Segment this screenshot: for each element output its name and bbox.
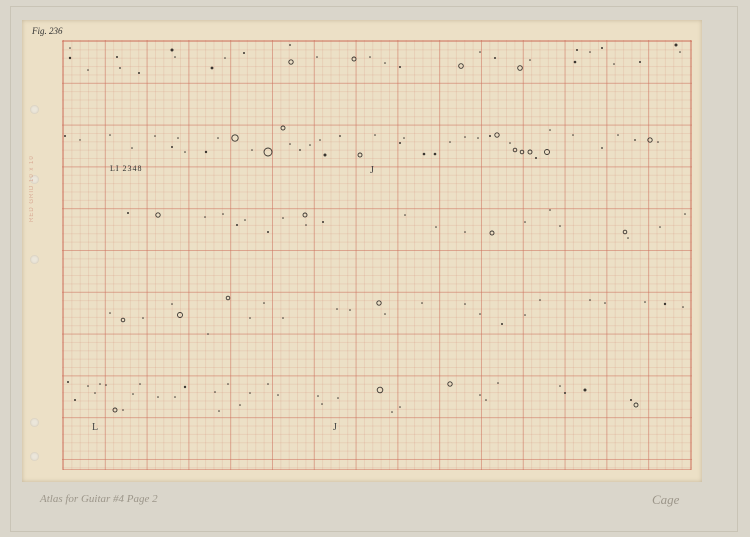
- notation-dot: [178, 313, 183, 318]
- star-dot-notation: [0, 0, 750, 537]
- notation-dot: [545, 150, 550, 155]
- notation-dot: [177, 137, 179, 139]
- notation-dot: [539, 299, 541, 301]
- notation-dot: [679, 51, 681, 53]
- notation-dot: [211, 67, 214, 70]
- notation-dot: [664, 303, 666, 305]
- notation-dot: [236, 224, 238, 226]
- marker-letter: J: [333, 422, 337, 433]
- notation-dot: [634, 403, 638, 407]
- notation-dot: [477, 137, 479, 139]
- notation-dot: [69, 47, 71, 49]
- notation-dot: [217, 137, 219, 139]
- frame-mat: RED GRID 10 x 10 Fig. 236 LI 2348 LJJ At…: [0, 0, 750, 537]
- notation-dot: [435, 226, 437, 228]
- notation-dot: [317, 395, 319, 397]
- notation-dot: [105, 384, 107, 386]
- notation-dot: [339, 135, 341, 137]
- notation-dot: [358, 153, 362, 157]
- notation-dot: [634, 139, 636, 141]
- notation-dot: [281, 126, 285, 130]
- notation-dot: [184, 386, 186, 388]
- notation-dot: [218, 410, 220, 412]
- notation-dot: [305, 224, 307, 226]
- marker-letter: J: [370, 165, 374, 176]
- notation-dot: [154, 135, 156, 137]
- notation-dot: [572, 134, 574, 136]
- notation-dot: [501, 323, 503, 325]
- notation-dot: [495, 133, 499, 137]
- notation-dot: [384, 313, 386, 315]
- notation-dot: [116, 56, 118, 58]
- artist-signature: Cage: [652, 492, 679, 508]
- notation-dot: [64, 135, 66, 137]
- notation-dot: [121, 318, 125, 322]
- notation-dot: [289, 60, 293, 64]
- notation-dot: [127, 212, 129, 214]
- notation-dot: [139, 383, 141, 385]
- notation-dot: [549, 129, 551, 131]
- notation-dot: [684, 213, 686, 215]
- notation-dot: [316, 56, 318, 58]
- notation-dot: [497, 382, 499, 384]
- notation-dot: [109, 134, 111, 136]
- notation-dot: [249, 392, 251, 394]
- notation-dot: [494, 57, 496, 59]
- notation-dot: [171, 49, 174, 52]
- notation-dot: [267, 383, 269, 385]
- notation-dot: [232, 135, 238, 141]
- notation-dot: [157, 396, 159, 398]
- notation-dot: [464, 303, 466, 305]
- notation-dot: [623, 230, 627, 234]
- notation-dot: [576, 49, 578, 51]
- notation-dot: [289, 44, 291, 46]
- notation-dot: [391, 411, 393, 413]
- pencil-caption: Atlas for Guitar #4 Page 2: [40, 493, 158, 505]
- notation-dot: [299, 149, 301, 151]
- notation-dot: [119, 67, 121, 69]
- notation-dot: [303, 213, 307, 217]
- notation-dot: [171, 303, 173, 305]
- notation-dot: [243, 52, 245, 54]
- notation-dot: [227, 383, 229, 385]
- notation-dot: [549, 209, 551, 211]
- notation-dot: [207, 333, 209, 335]
- notation-dot: [399, 66, 401, 68]
- notation-dot: [322, 221, 324, 223]
- notation-dot: [277, 394, 279, 396]
- notation-dot: [529, 59, 531, 61]
- notation-dot: [79, 139, 80, 140]
- notation-dot: [485, 399, 487, 401]
- notation-dot: [490, 231, 494, 235]
- notation-dot: [479, 51, 481, 53]
- notation-dot: [122, 409, 124, 411]
- notation-dot: [309, 144, 311, 146]
- notation-dot: [142, 317, 144, 319]
- notation-dot: [174, 56, 176, 58]
- notation-dot: [184, 151, 186, 153]
- notation-dot: [423, 153, 426, 156]
- notation-dot: [282, 317, 284, 319]
- notation-dot: [94, 392, 96, 394]
- notation-dot: [352, 57, 356, 61]
- notation-dot: [464, 136, 466, 138]
- notation-dot: [113, 408, 117, 412]
- notation-dot: [282, 217, 284, 219]
- notation-dot: [377, 387, 383, 393]
- notation-dot: [99, 383, 101, 385]
- notation-dot: [682, 306, 684, 308]
- notation-dot: [267, 231, 269, 233]
- notation-dot: [132, 393, 134, 395]
- notation-dot: [479, 313, 481, 315]
- notation-dot: [644, 301, 646, 303]
- notation-dot: [244, 219, 246, 221]
- notation-dot: [520, 150, 524, 154]
- notation-dot: [205, 151, 207, 153]
- notation-dot: [613, 63, 615, 65]
- notation-dot: [513, 148, 517, 152]
- notation-dot: [399, 142, 401, 144]
- notation-dot: [535, 157, 537, 159]
- notation-dot: [464, 231, 466, 233]
- notation-dot: [249, 317, 251, 319]
- notation-dot: [289, 143, 291, 145]
- notation-dot: [403, 137, 405, 139]
- notation-dot: [374, 134, 376, 136]
- notation-dot: [226, 296, 230, 300]
- notation-dot: [138, 72, 140, 74]
- notation-dot: [109, 312, 111, 314]
- notation-dot: [564, 392, 566, 394]
- notation-dot: [528, 150, 532, 154]
- notation-dot: [574, 61, 577, 64]
- notation-dot: [589, 51, 591, 53]
- notation-dot: [337, 397, 339, 399]
- notation-dot: [264, 148, 272, 156]
- notation-dot: [601, 47, 603, 49]
- notation-dot: [449, 141, 451, 143]
- notation-dot: [69, 57, 71, 59]
- notation-dot: [421, 302, 423, 304]
- notation-dot: [604, 302, 606, 304]
- notation-dot: [156, 213, 160, 217]
- notation-dot: [617, 134, 619, 136]
- notation-dot: [479, 394, 481, 396]
- notation-dot: [377, 301, 381, 305]
- notation-dot: [584, 389, 587, 392]
- notation-dot: [648, 138, 652, 142]
- notation-dot: [639, 61, 641, 63]
- notation-dot: [239, 404, 241, 406]
- notation-dot: [204, 216, 206, 218]
- notation-dot: [489, 135, 491, 137]
- notation-dot: [601, 147, 603, 149]
- notation-dot: [448, 382, 452, 386]
- notation-dot: [131, 147, 133, 149]
- notation-dot: [251, 149, 253, 151]
- notation-dot: [336, 308, 338, 310]
- notation-dot: [657, 141, 659, 143]
- notation-dot: [630, 399, 632, 401]
- notation-dot: [214, 391, 216, 393]
- notation-dot: [324, 154, 327, 157]
- notation-dot: [224, 57, 226, 59]
- notation-dot: [627, 237, 629, 239]
- notation-dot: [263, 302, 265, 304]
- notation-dot: [171, 146, 173, 148]
- notation-dot: [404, 214, 406, 216]
- notation-dot: [524, 221, 526, 223]
- notation-dot: [459, 64, 464, 69]
- notation-dot: [589, 299, 591, 301]
- notation-dot: [559, 385, 561, 387]
- notation-dot: [524, 314, 526, 316]
- notation-dot: [518, 66, 523, 71]
- notation-dot: [74, 399, 76, 401]
- notation-dot: [675, 44, 678, 47]
- notation-dot: [659, 226, 661, 228]
- notation-dot: [174, 396, 176, 398]
- notation-dot: [559, 225, 561, 227]
- notation-dot: [399, 406, 401, 408]
- notation-dot: [321, 403, 323, 405]
- notation-dot: [319, 139, 321, 141]
- notation-dot: [369, 56, 371, 58]
- notation-dot: [434, 153, 437, 156]
- notation-dot: [349, 309, 351, 311]
- notation-dot: [384, 62, 386, 64]
- notation-dot: [87, 69, 89, 71]
- notation-dot: [87, 385, 89, 387]
- notation-dot: [222, 213, 224, 215]
- notation-dot: [509, 142, 511, 144]
- notation-dot: [67, 381, 69, 383]
- marker-letter: L: [92, 422, 98, 433]
